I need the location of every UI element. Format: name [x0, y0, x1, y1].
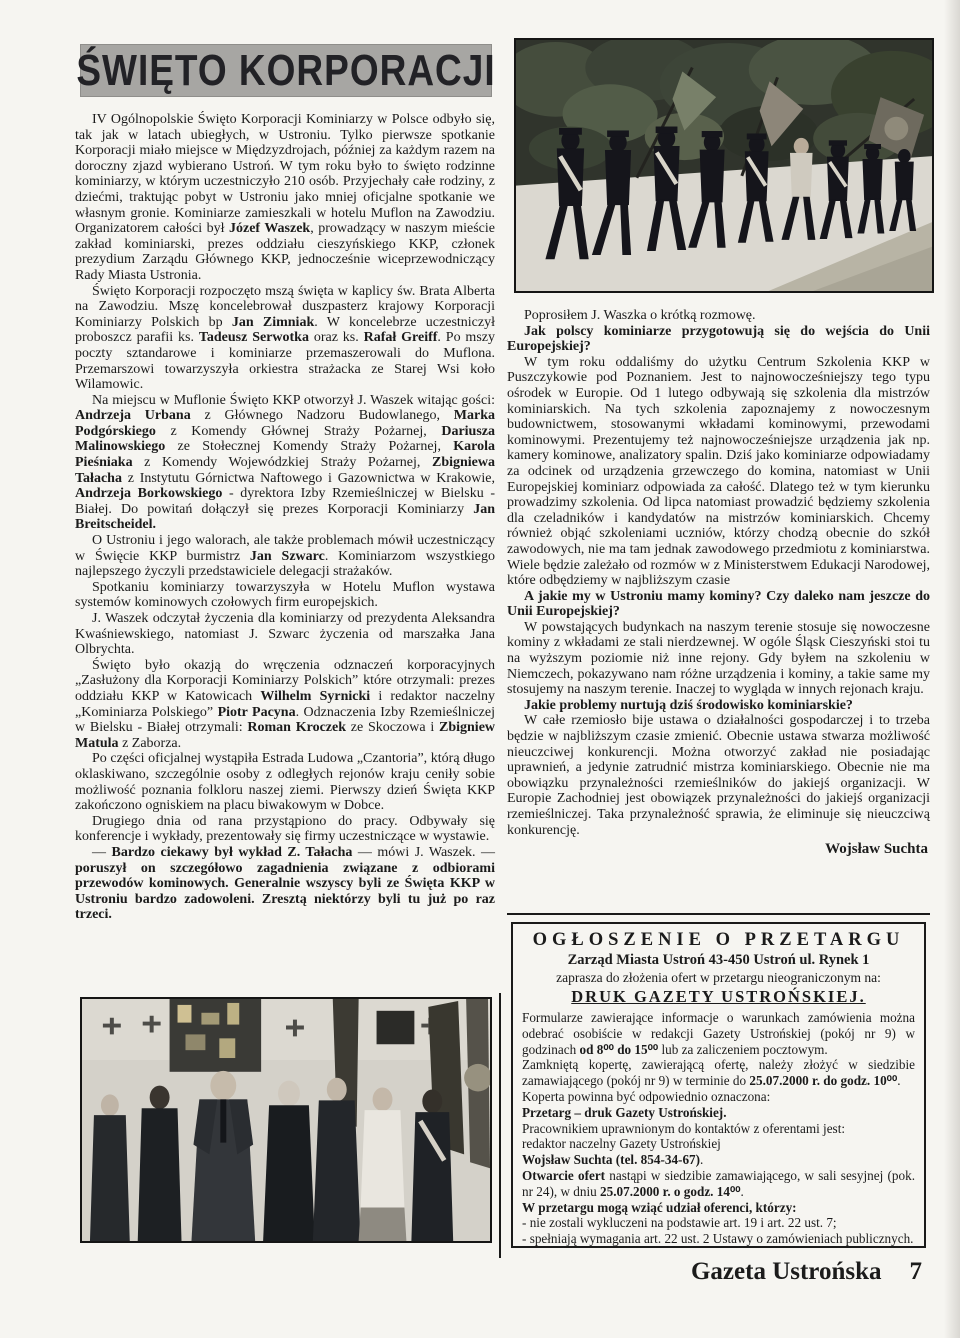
paragraph: Jak polscy kominiarze przygotowują się d… [507, 324, 930, 355]
announcement-heading: OGŁOSZENIE O PRZETARGU [522, 929, 915, 951]
paragraph: - spełniają wymagania art. 22 ust. 2 Ust… [522, 1231, 915, 1247]
march-photo-illustration [516, 40, 932, 291]
announcement-invitation: zaprasza do złożenia ofert w przetargu n… [522, 970, 915, 986]
paragraph: W całe rzemiosło bije ustawa o działalno… [507, 713, 930, 838]
paragraph: Święto Korporacji rozpoczęto mszą święta… [75, 284, 495, 393]
paragraph: Spotkaniu kominiarzy towarzyszyła w Hote… [75, 580, 495, 611]
paragraph: J. Waszek odczytał życzenia dla kominiar… [75, 611, 495, 658]
tender-announcement-box: OGŁOSZENIE O PRZETARGU Zarząd Miasta Ust… [511, 922, 926, 1248]
paragraph: Święto było okazją do wręczenia odznacze… [75, 658, 495, 752]
paragraph: A jakie my w Ustroniu mamy kominy? Czy d… [507, 589, 930, 620]
chapel-photo [80, 997, 492, 1243]
announcement-subject: DRUK GAZETY USTROŃSKIEJ. [522, 987, 915, 1007]
column-divider [499, 993, 501, 1258]
newspaper-name: Gazeta Ustrońska [691, 1258, 882, 1286]
newspaper-page: ŚWIĘTO KORPORACJI [0, 0, 960, 1338]
page-number: 7 [910, 1258, 923, 1286]
paragraph: Po części oficjalnej wystąpiła Estrada L… [75, 751, 495, 813]
paragraph: Na miejscu w Muflonie Święto KKP otworzy… [75, 393, 495, 533]
paragraph: redaktor naczelny Gazety Ustrońskiej [522, 1136, 915, 1152]
article-left-column: IV Ogólnopolskie Święto Korporacji Komin… [75, 112, 495, 923]
paragraph: Drugiego dnia od rana przystąpiono do pr… [75, 814, 495, 845]
paragraph: Przetarg – druk Gazety Ustrońskiej. [522, 1105, 915, 1121]
horizontal-divider [507, 913, 930, 915]
paragraph: Formularze zawierające informacje o waru… [522, 1010, 915, 1057]
chapel-photo-illustration [82, 999, 490, 1241]
page-footer: Gazeta Ustrońska 7 [691, 1258, 922, 1286]
paragraph: Poprosiłem J. Waszka o krótką rozmowę. [507, 308, 930, 324]
announcement-organizer: Zarząd Miasta Ustroń 43-450 Ustroń ul. R… [522, 952, 915, 969]
article-title-box: ŚWIĘTO KORPORACJI [80, 44, 492, 97]
interview-paragraphs: Poprosiłem J. Waszka o krótką rozmowę.Ja… [507, 308, 930, 838]
article-title: ŚWIĘTO KORPORACJI [76, 46, 495, 96]
paragraph: W przetargu mogą wziąć udział oferenci, … [522, 1200, 915, 1216]
paragraph: Wojsław Suchta (tel. 854-34-67). [522, 1152, 915, 1168]
paragraph: Otwarcie ofert nastąpi w siedzibie zamaw… [522, 1168, 915, 1200]
paragraph: Jakie problemy nurtują dziś środowisko k… [507, 698, 930, 714]
paragraph: W tym roku oddaliśmy do użytku Centrum S… [507, 355, 930, 589]
paragraph: Pracownikiem uprawnionym do kontaktów z … [522, 1121, 915, 1137]
paragraph: Zamkniętą kopertę, zawierającą ofertę, n… [522, 1057, 915, 1089]
paragraph: — Bardzo ciekawy był wykład Z. Tałacha —… [75, 845, 495, 923]
paragraph: O Ustroniu i jego walorach, ale także pr… [75, 533, 495, 580]
paragraph: W powstających budynkach na naszym teren… [507, 620, 930, 698]
paragraph: Koperta powinna być odpowiednio oznaczon… [522, 1089, 915, 1105]
article-right-column: Poprosiłem J. Waszka o krótką rozmowę.Ja… [507, 308, 930, 858]
paragraph: - nie zostali wykluczeni na podstawie ar… [522, 1215, 915, 1231]
scan-edge-shadow [944, 0, 960, 1338]
article-byline: Wojsław Suchta [507, 841, 930, 858]
march-photo [514, 38, 934, 293]
announcement-body: Formularze zawierające informacje o waru… [522, 1010, 915, 1247]
paragraph: IV Ogólnopolskie Święto Korporacji Komin… [75, 112, 495, 284]
